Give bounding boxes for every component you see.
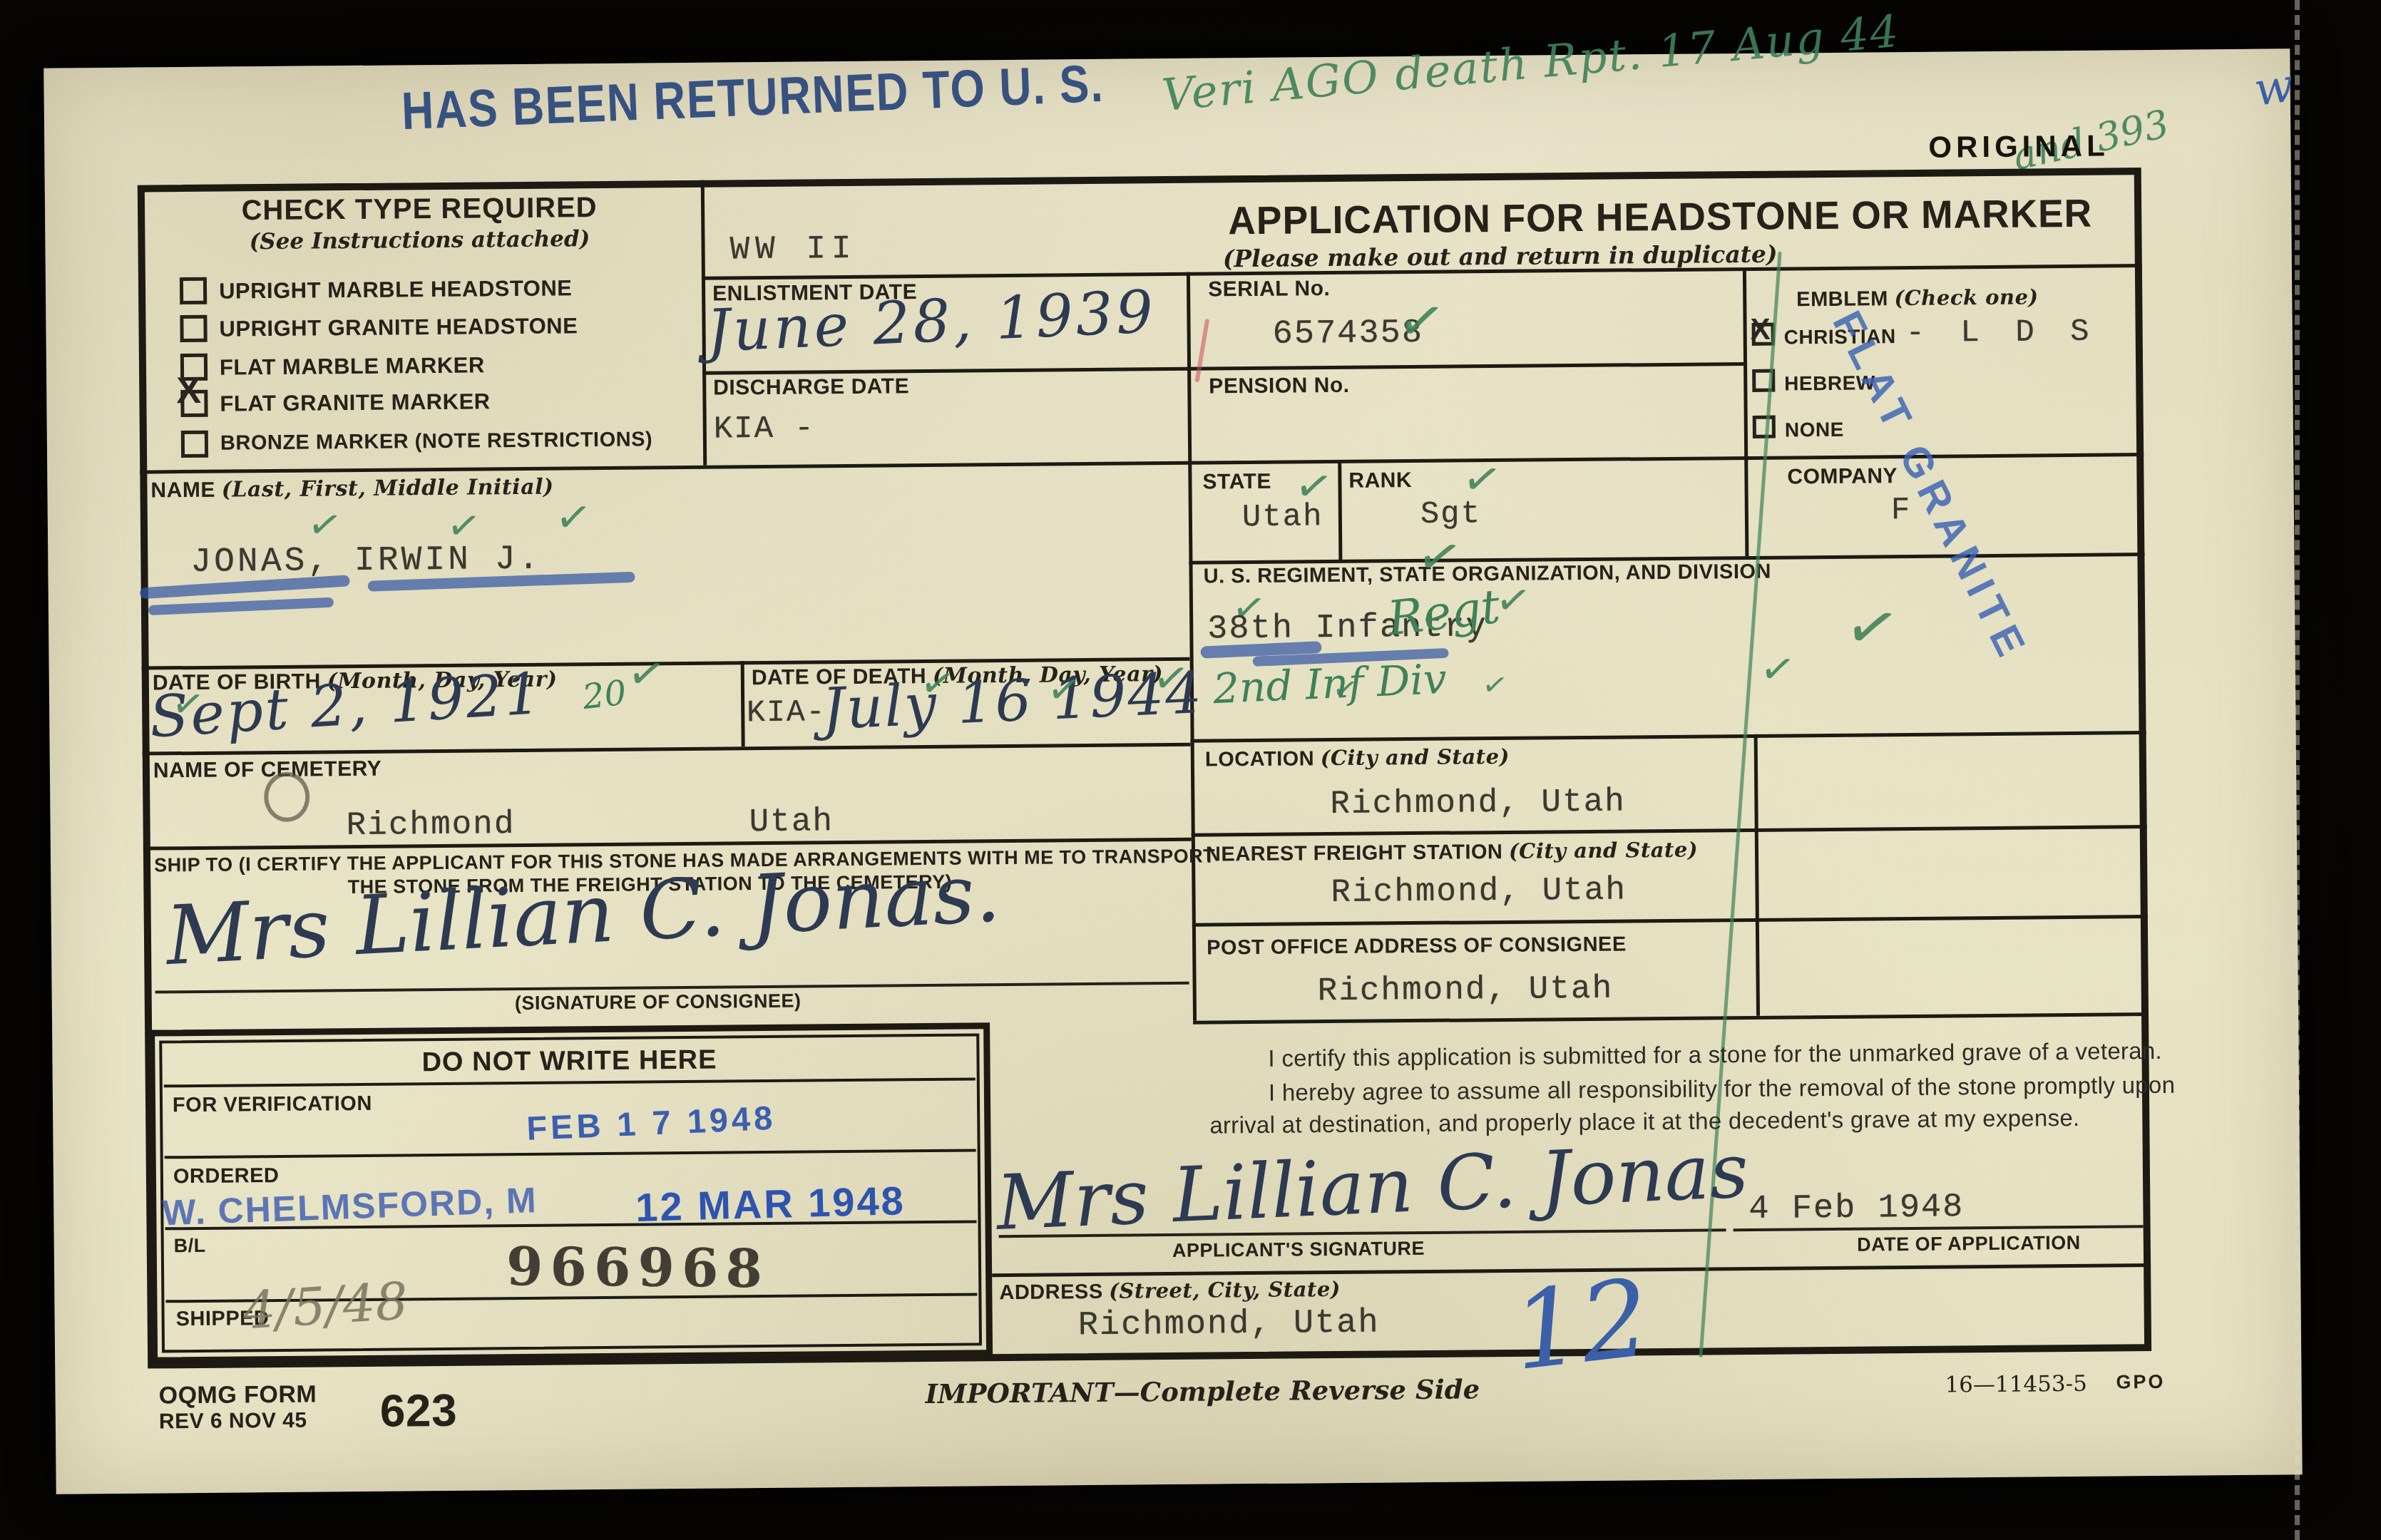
address-note-text: (Street, City, State) [1109, 1277, 1341, 1303]
checkbox-label: FLAT MARBLE MARKER [220, 353, 485, 379]
war-period-typed: WW II [729, 230, 856, 269]
pension-no-label: PENSION No. [1209, 374, 1349, 399]
consignee-signature-label: (SIGNATURE OF CONSIGNEE) [466, 990, 851, 1015]
divider-line [741, 661, 745, 746]
state-label: STATE [1202, 470, 1271, 494]
cemetery-state-value: Utah [749, 803, 834, 841]
freight-station-value: Richmond, Utah [1331, 871, 1627, 911]
checkbox-x-mark: X [1750, 314, 1770, 344]
company-label: COMPANY [1787, 464, 1898, 488]
checkbox-label: UPRIGHT GRANITE HEADSTONE [219, 314, 578, 341]
company-value: F [1891, 493, 1912, 528]
address-value: Richmond, Utah [1078, 1305, 1380, 1345]
name-note-text: (Last, First, Middle Initial) [222, 475, 554, 503]
do-not-write-box: DO NOT WRITE HERE FOR VERIFICATION FEB 1… [148, 1022, 993, 1363]
film-perforation-edge [2295, 0, 2300, 1540]
application-date-value: 4 Feb 1948 [1748, 1189, 1964, 1228]
po-address-value: Richmond, Utah [1317, 970, 1613, 1010]
checkbox-label: BRONZE MARKER (NOTE RESTRICTIONS) [220, 428, 652, 455]
checkbox-x-mark: X [176, 372, 201, 409]
discharge-date-value: KIA - [714, 411, 815, 447]
division-green-note: 2nd Inf Div [1212, 654, 1448, 713]
freight-label-text: NEAREST FREIGHT STATION [1206, 841, 1503, 866]
address-label: ADDRESS (Street, City, State) [999, 1278, 1341, 1305]
original-label: ORIGINAL [1928, 129, 2109, 165]
discharge-date-label: DISCHARGE DATE [713, 374, 909, 399]
date-of-death-typed: KIA- [747, 694, 826, 730]
scanned-document-photo: HAS BEEN RETURNED TO U. S. Veri AGO deat… [0, 0, 2381, 1540]
important-note: IMPORTANT—Complete Reverse Side [925, 1373, 1480, 1410]
rank-label: RANK [1348, 468, 1412, 493]
location-value: Richmond, Utah [1330, 783, 1626, 823]
checkbox-label: FLAT GRANITE MARKER [220, 389, 490, 416]
emblem-option-label: NONE [1785, 419, 1844, 442]
serial-no-label: SERIAL No. [1208, 277, 1330, 301]
cemetery-label: NAME OF CEMETERY [153, 757, 382, 783]
application-date-label: DATE OF APPLICATION [1801, 1232, 2136, 1256]
paper-sheet: HAS BEEN RETURNED TO U. S. Veri AGO deat… [43, 48, 2302, 1494]
pencil-oval-annotation [264, 772, 310, 823]
print-code: 16—11453-5 [1945, 1371, 2087, 1398]
form-id-line1: OQMG FORM [158, 1382, 317, 1410]
location-note-text: (City and State) [1321, 744, 1510, 770]
returned-stamp: HAS BEEN RETURNED TO U. S. [401, 53, 1105, 141]
gpo-label: GPO [2116, 1372, 2165, 1393]
bl-label: B/L [174, 1236, 206, 1257]
blue-12-annotation: 12 [1507, 1256, 1656, 1395]
green-note-line1: Veri AGO death Rpt. 17 Aug 44 [1159, 5, 1901, 121]
check-type-subtitle: (See Instructions attached) [138, 225, 701, 256]
form-title: APPLICATION FOR HEADSTONE OR MARKER [1200, 191, 2121, 242]
checkbox-label: UPRIGHT MARBLE HEADSTONE [219, 276, 573, 303]
ordered-label: ORDERED [173, 1165, 280, 1189]
po-address-label: POST OFFICE ADDRESS OF CONSIGNEE [1207, 933, 1627, 960]
name-label: NAME (Last, First, Middle Initial) [150, 476, 553, 503]
form-number: 623 [379, 1385, 457, 1436]
blue-pen-mark: w [2251, 59, 2298, 117]
location-label: LOCATION (City and State) [1205, 746, 1510, 772]
check-type-title: CHECK TYPE REQUIRED [138, 191, 701, 227]
green-checkmark-icon: ✓ [553, 491, 595, 545]
emblem-label: EMBLEM (Check one) [1796, 286, 2039, 312]
checkbox-upright-granite [180, 315, 207, 342]
emblem-note-text: (Check one) [1894, 284, 2039, 310]
cemetery-city-value: Richmond [346, 806, 515, 844]
emblem-label-text: EMBLEM [1796, 287, 1888, 311]
applicant-signature-label: APPLICANT'S SIGNATURE [1127, 1238, 1470, 1262]
dob-green-correction: 20 [580, 673, 628, 718]
for-verification-label: FOR VERIFICATION [173, 1093, 372, 1117]
address-label-text: ADDRESS [999, 1280, 1103, 1304]
checkbox-none [1753, 416, 1776, 438]
name-label-text: NAME [150, 478, 215, 503]
freight-station-label: NEAREST FREIGHT STATION (City and State) [1206, 839, 1698, 867]
name-value: JONAS, IRWIN J. [190, 540, 542, 582]
shipped-date-pencil: 4/5/48 [241, 1270, 409, 1340]
form-id-line2: REV 6 NOV 45 [159, 1409, 307, 1434]
location-label-text: LOCATION [1205, 747, 1315, 771]
bl-number-stamp: 966968 [506, 1236, 770, 1300]
checkbox-upright-marble [180, 277, 207, 304]
freight-note-text: (City and State) [1509, 838, 1698, 863]
emblem-lds-typed: - L D S [1905, 314, 2097, 351]
checkbox-bronze [181, 431, 208, 458]
